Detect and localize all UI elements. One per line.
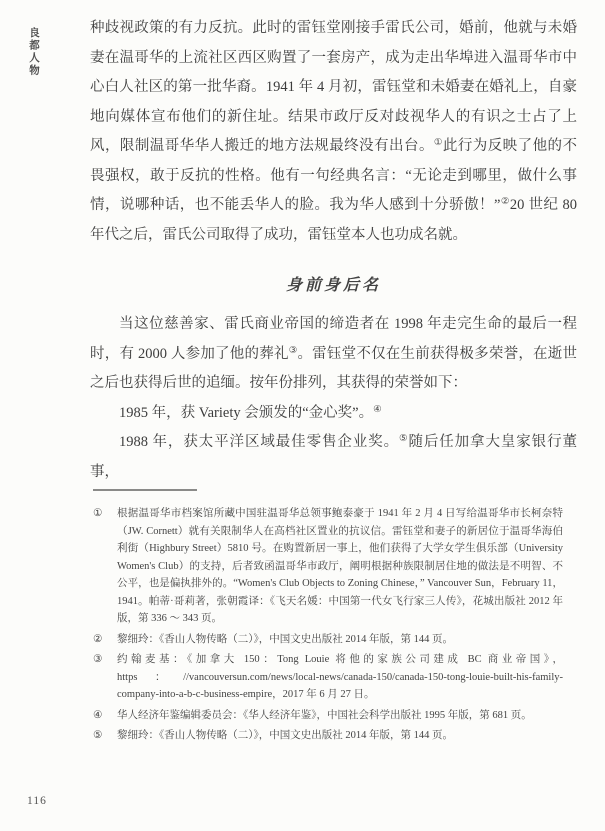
paragraph: 1985 年，获 Variety 会颁发的“金心奖”。④ [90, 399, 577, 429]
page-number: 116 [27, 795, 47, 807]
footnote-text: 约翰麦基：《加拿大 150：Tong Louie 将他的家族公司建成 BC 商业… [117, 651, 563, 704]
footnote-section: ① 根据温哥华市档案馆所藏中国驻温哥华总领事鲍泰豪于 1941 年 2 月 4 … [93, 489, 563, 748]
footnote-marker: ③ [93, 651, 117, 669]
footnote-marker: ④ [93, 707, 117, 725]
paragraph-text: 1988 年，获太平洋区域最佳零售企业奖。 [119, 434, 399, 450]
footnote-marker: ① [93, 505, 117, 523]
footnote-marker: ② [93, 631, 117, 649]
footnote-item: ② 黎细玲：《香山人物传略（二）》，中国文史出版社 2014 年版，第 144 … [93, 631, 563, 649]
footnote-text: 黎细玲：《香山人物传略（二）》，中国文史出版社 2014 年版，第 144 页。 [117, 631, 563, 649]
footnote-ref-1: ① [434, 138, 443, 148]
footnote-marker: ⑤ [93, 727, 117, 745]
footnote-item: ③ 约翰麦基：《加拿大 150：Tong Louie 将他的家族公司建成 BC … [93, 651, 563, 704]
footnote-item: ⑤ 黎细玲：《香山人物传略（二）》，中国文史出版社 2014 年版，第 144 … [93, 727, 563, 745]
footnote-ref-2: ② [500, 197, 509, 207]
side-label: 良都人物 [26, 27, 41, 77]
paragraph: 种歧视政策的有力反抗。此时的雷钰堂刚接手雷氏公司，婚前，他就与未婚妻在温哥华的上… [90, 14, 577, 250]
section-heading: 身前身后名 [90, 274, 577, 298]
paragraph: 当这位慈善家、雷氏商业帝国的缔造者在 1998 年走完生命的最后一程时，有 20… [90, 310, 577, 399]
paragraph-text: 种歧视政策的有力反抗。此时的雷钰堂刚接手雷氏公司，婚前，他就与未婚妻在温哥华的上… [90, 20, 577, 154]
footnote-item: ④ 华人经济年鉴编辑委员会：《华人经济年鉴》，中国社会科学出版社 1995 年版… [93, 707, 563, 725]
footnote-text: 华人经济年鉴编辑委员会：《华人经济年鉴》，中国社会科学出版社 1995 年版，第… [117, 707, 563, 725]
footnote-item: ① 根据温哥华市档案馆所藏中国驻温哥华总领事鲍泰豪于 1941 年 2 月 4 … [93, 505, 563, 628]
book-page: 良都人物 种歧视政策的有力反抗。此时的雷钰堂刚接手雷氏公司，婚前，他就与未婚妻在… [0, 0, 605, 831]
main-text-column: 种歧视政策的有力反抗。此时的雷钰堂刚接手雷氏公司，婚前，他就与未婚妻在温哥华的上… [90, 14, 577, 487]
paragraph-text: 1985 年，获 Variety 会颁发的“金心奖”。 [119, 405, 373, 421]
footnote-separator-rule [93, 489, 197, 491]
footnote-text: 黎细玲：《香山人物传略（二）》，中国文史出版社 2014 年版，第 144 页。 [117, 727, 563, 745]
paragraph: 1988 年，获太平洋区域最佳零售企业奖。⑤随后任加拿大皇家银行董事， [90, 428, 577, 487]
footnote-text: 根据温哥华市档案馆所藏中国驻温哥华总领事鲍泰豪于 1941 年 2 月 4 日写… [117, 505, 563, 628]
footnote-ref-4: ④ [373, 405, 382, 415]
